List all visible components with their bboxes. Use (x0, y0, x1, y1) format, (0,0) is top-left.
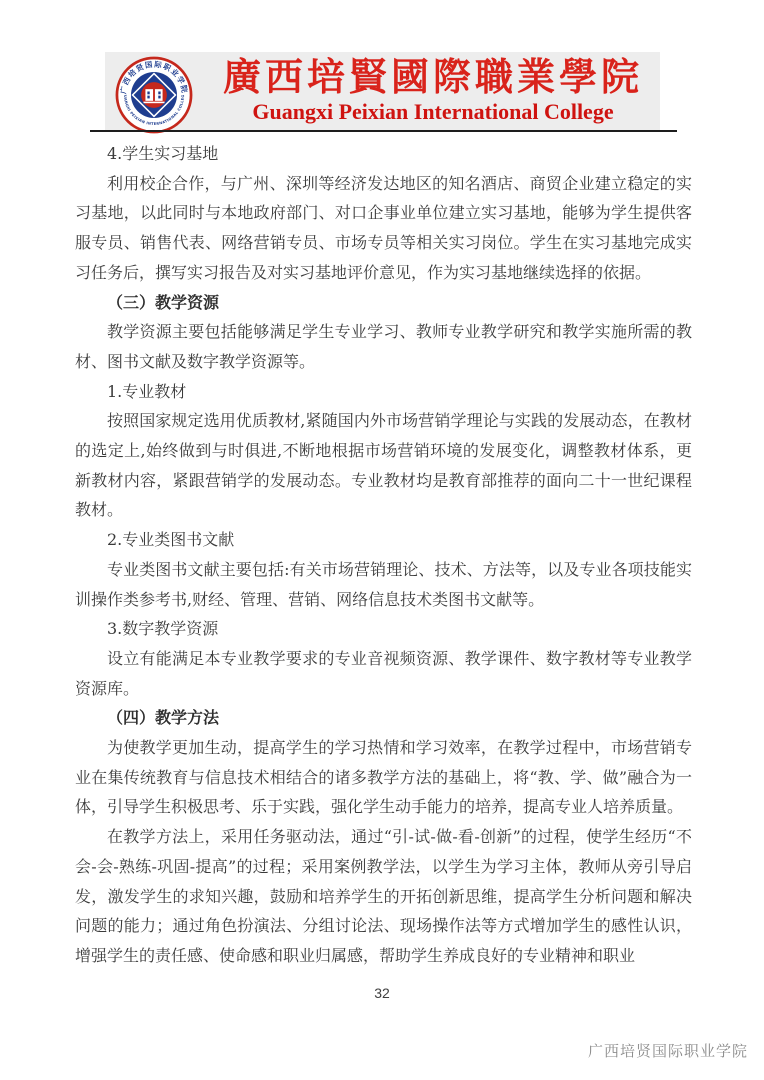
paragraph: 专业类图书文献主要包括:有关市场营销理论、技术、方法等，以及专业各项技能实训操作… (75, 555, 692, 614)
numbered-subheading: 4.学生实习基地 (75, 139, 692, 169)
page-number: 32 (0, 985, 764, 1001)
paragraph: 按照国家规定选用优质教材,紧随国内外市场营销学理论与实践的发展动态，在教材的选定… (75, 406, 692, 525)
paragraph: 设立有能满足本专业教学要求的专业音视频资源、教学课件、数字教材等专业教学资源库。 (75, 644, 692, 703)
header-divider (90, 130, 677, 132)
section-heading: （四）教学方法 (75, 703, 692, 733)
footer-college-name: 广西培贤国际职业学院 (588, 1040, 748, 1061)
paragraph: 为使教学更加生动，提高学生的学习热情和学习效率，在教学过程中，市场营销专业在集传… (75, 733, 692, 822)
college-name-en: Guangxi Peixian International College (209, 99, 657, 125)
document-page: 广西培贤国际职业学院 GUANGXI PEIXIAN INTERNATIONAL… (0, 0, 764, 1080)
header-banner: 广西培贤国际职业学院 GUANGXI PEIXIAN INTERNATIONAL… (105, 52, 660, 130)
paragraph: 利用校企合作，与广州、深圳等经济发达地区的知名酒店、商贸企业建立稳定的实习基地，… (75, 169, 692, 288)
college-titles: 廣西培賢國際職業學院 Guangxi Peixian International… (209, 55, 657, 125)
numbered-subheading: 1.专业教材 (75, 377, 692, 407)
college-emblem-icon: 广西培贤国际职业学院 GUANGXI PEIXIAN INTERNATIONAL… (115, 56, 193, 134)
college-logo: 广西培贤国际职业学院 GUANGXI PEIXIAN INTERNATIONAL… (115, 56, 193, 134)
numbered-subheading: 2.专业类图书文献 (75, 525, 692, 555)
numbered-subheading: 3.数字教学资源 (75, 614, 692, 644)
paragraph: 教学资源主要包括能够满足学生专业学习、教师专业教学研究和教学实施所需的教材、图书… (75, 317, 692, 376)
college-name-zh: 廣西培賢國際職業學院 (209, 55, 657, 99)
document-body: 4.学生实习基地 利用校企合作，与广州、深圳等经济发达地区的知名酒店、商贸企业建… (75, 139, 692, 971)
section-heading: （三）教学资源 (75, 288, 692, 318)
paragraph: 在教学方法上，采用任务驱动法，通过“引-试-做-看-创新”的过程，使学生经历“不… (75, 822, 692, 971)
